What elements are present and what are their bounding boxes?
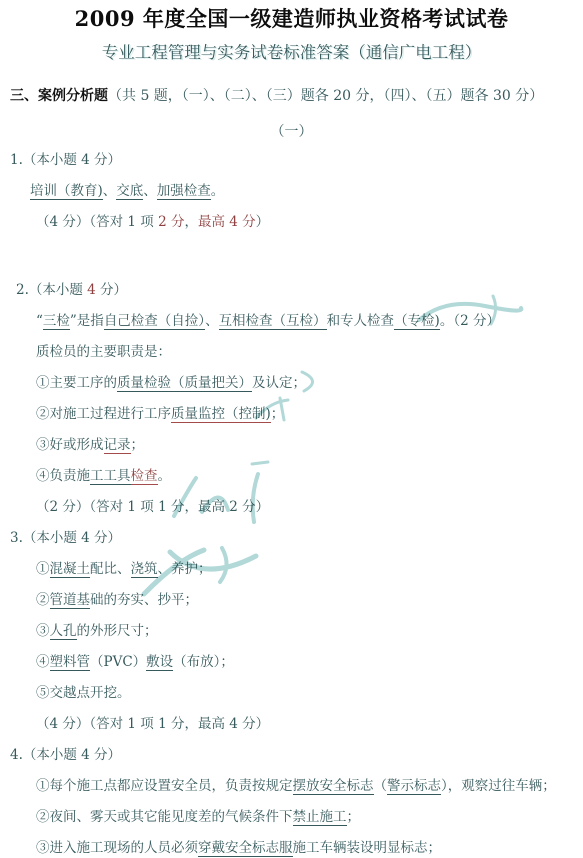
q3-item-4: ④塑料管（PVC）敷设（布放）；: [36, 652, 573, 672]
text-segment: 三检: [43, 313, 70, 330]
text-segment: 2.（本小题: [16, 282, 87, 298]
q3-item-5: ⑤交越点开挖。: [36, 683, 573, 703]
q3-item-1: ①混凝土配比、浇筑、养护；: [36, 559, 573, 579]
text-segment: 2 分: [158, 214, 184, 230]
text-segment: 警示标志: [387, 778, 441, 795]
text-segment: （2 分）（答对 1 项 1 分，最高 2 分）: [36, 499, 269, 515]
part-label: （一）: [10, 122, 573, 142]
text-segment: （: [374, 778, 388, 794]
text-segment: 、养护；: [158, 561, 212, 577]
q2-item-3: ③好或形成记录；: [36, 435, 573, 455]
text-segment: 4: [87, 282, 96, 298]
text-segment: 、: [143, 183, 157, 199]
text-segment: 敷设: [146, 654, 173, 671]
text-segment: 的外形尺寸；: [77, 623, 158, 639]
question-4-header: 4.（本小题 4 分）: [10, 745, 573, 765]
text-segment: ；: [347, 809, 361, 825]
text-segment: 和专人检查: [327, 313, 395, 329]
text-segment: 培训（教育): [30, 183, 103, 200]
q2-item-1: ①主要工序的质量检验（质量把关）及认定；: [36, 373, 573, 393]
text-segment: 1.（本小题 4 分）: [10, 152, 121, 168]
text-segment: ）: [256, 214, 270, 230]
text-segment: ”是指: [70, 313, 104, 329]
text-segment: 质量监控（控制): [171, 406, 271, 423]
text-segment: 质检员的主要职责是：: [36, 344, 171, 360]
q2-item-2: ②对施工过程进行工序质量监控（控制)；: [36, 404, 573, 424]
question-1-header: 1.（本小题 4 分）: [10, 150, 573, 170]
text-segment: 配比、: [90, 561, 131, 577]
text-segment: 及认定；: [252, 375, 306, 391]
q2-intro-line: “三检”是指自己检查（自捡）、互相检查（互检）和专人检查（专检)。（2 分）: [36, 311, 573, 331]
text-segment: 最高 4 分: [198, 214, 256, 230]
text-segment: 人孔: [50, 623, 77, 640]
text-segment: ，: [184, 214, 198, 230]
question-3-header: 3.（本小题 4 分）: [10, 528, 573, 548]
text-segment: ①主要工序的: [36, 375, 117, 391]
section-heading-bold: 三、案例分析题: [10, 88, 108, 104]
text-segment: ④: [36, 654, 50, 670]
text-segment: 管道基: [50, 592, 91, 609]
document-page: 2009 年度全国一级建造师执业资格考试试卷 专业工程管理与实务试卷标准答案（通…: [0, 0, 583, 858]
text-segment: 、: [103, 183, 117, 199]
text-segment: ③: [36, 623, 50, 639]
text-segment: 混凝土: [50, 561, 91, 578]
text-segment: 、: [205, 313, 219, 329]
text-segment: ②对施工过程进行工序: [36, 406, 171, 422]
text-segment: 自己检查（自捡）: [104, 313, 205, 330]
q2-score-line: （2 分）（答对 1 项 1 分，最高 2 分）: [36, 497, 573, 517]
text-segment: 3.（本小题 4 分）: [10, 530, 121, 546]
text-segment: 塑料管: [50, 654, 91, 671]
text-segment: （4 分）（答对 1 项: [36, 214, 158, 230]
text-segment: 互相检查（互检）: [219, 313, 327, 330]
text-segment: ③进入施工现场的人员必须: [36, 840, 198, 856]
text-segment: ），观察过往车辆；: [441, 778, 556, 794]
text-segment: “: [36, 313, 43, 329]
text-segment: 摆放安全标志: [293, 778, 374, 795]
text-segment: ；: [131, 437, 145, 453]
question-2-header: 2.（本小题 4 分）: [16, 280, 573, 300]
q1-score-line: （4 分）（答对 1 项 2 分，最高 4 分）: [36, 212, 573, 232]
doc-subtitle: 专业工程管理与实务试卷标准答案（通信广电工程）: [10, 42, 573, 64]
text-segment: 质量检验（质量把关）: [117, 375, 252, 392]
text-segment: ③好或形成: [36, 437, 104, 453]
text-segment: （专检): [394, 313, 440, 330]
text-segment: 检查: [131, 468, 158, 485]
text-segment: ②夜间、雾天或其它能见度差的气候条件下: [36, 809, 293, 825]
text-segment: （PVC）: [90, 654, 146, 670]
section-heading: 三、案例分析题（共 5 题，（一）、（二）、（三）题各 20 分，（四）、（五）…: [10, 86, 573, 106]
text-segment: 穿戴安全标志服: [198, 840, 293, 857]
q4-item-3: ③进入施工现场的人员必须穿戴安全标志服施工车辆装设明显标志；: [36, 838, 573, 858]
text-segment: ；: [271, 406, 285, 422]
text-segment: 。: [211, 183, 225, 199]
q3-item-3: ③人孔的外形尺寸；: [36, 621, 573, 641]
q2-item-4: ④负责施工工具检查。: [36, 466, 573, 486]
text-segment: 记录: [104, 437, 131, 454]
text-segment: 施工车辆装设明显标志；: [293, 840, 442, 856]
text-segment: 础的夯实、抄平；: [90, 592, 198, 608]
text-segment: 4.（本小题 4 分）: [10, 747, 121, 763]
text-segment: ①每个施工点都应设置安全员，负责按规定: [36, 778, 293, 794]
text-segment: （4 分）（答对 1 项 1 分，最高 4 分）: [36, 716, 269, 732]
text-segment: ⑤交越点开挖。: [36, 685, 131, 701]
text-segment: 禁止施工: [293, 809, 347, 826]
text-segment: 分）: [96, 282, 127, 298]
q3-score-line: （4 分）（答对 1 项 1 分，最高 4 分）: [36, 714, 573, 734]
text-segment: 交底: [116, 183, 143, 200]
text-segment: ④负责施: [36, 468, 90, 484]
doc-title: 2009 年度全国一级建造师执业资格考试试卷: [10, 6, 573, 32]
text-segment: 工工具: [90, 468, 131, 485]
text-segment: （布放）；: [173, 654, 234, 670]
q3-item-2: ②管道基础的夯实、抄平；: [36, 590, 573, 610]
section-heading-rest: （共 5 题，（一）、（二）、（三）题各 20 分，（四）、（五）题各 30 分…: [108, 88, 543, 104]
q2-duty-intro-line: 质检员的主要职责是：: [36, 342, 573, 362]
text-segment: 。（2 分）: [440, 313, 500, 329]
q1-answer-line: 培训（教育)、交底、加强检查。: [30, 181, 573, 201]
text-segment: ②: [36, 592, 50, 608]
text-segment: 加强检查: [157, 183, 211, 200]
q4-item-2: ②夜间、雾天或其它能见度差的气候条件下禁止施工；: [36, 807, 573, 827]
q4-item-1: ①每个施工点都应设置安全员，负责按规定摆放安全标志（警示标志），观察过往车辆；: [36, 776, 573, 796]
text-segment: ①: [36, 561, 50, 577]
text-segment: 浇筑: [131, 561, 158, 578]
text-segment: 。: [158, 468, 172, 484]
